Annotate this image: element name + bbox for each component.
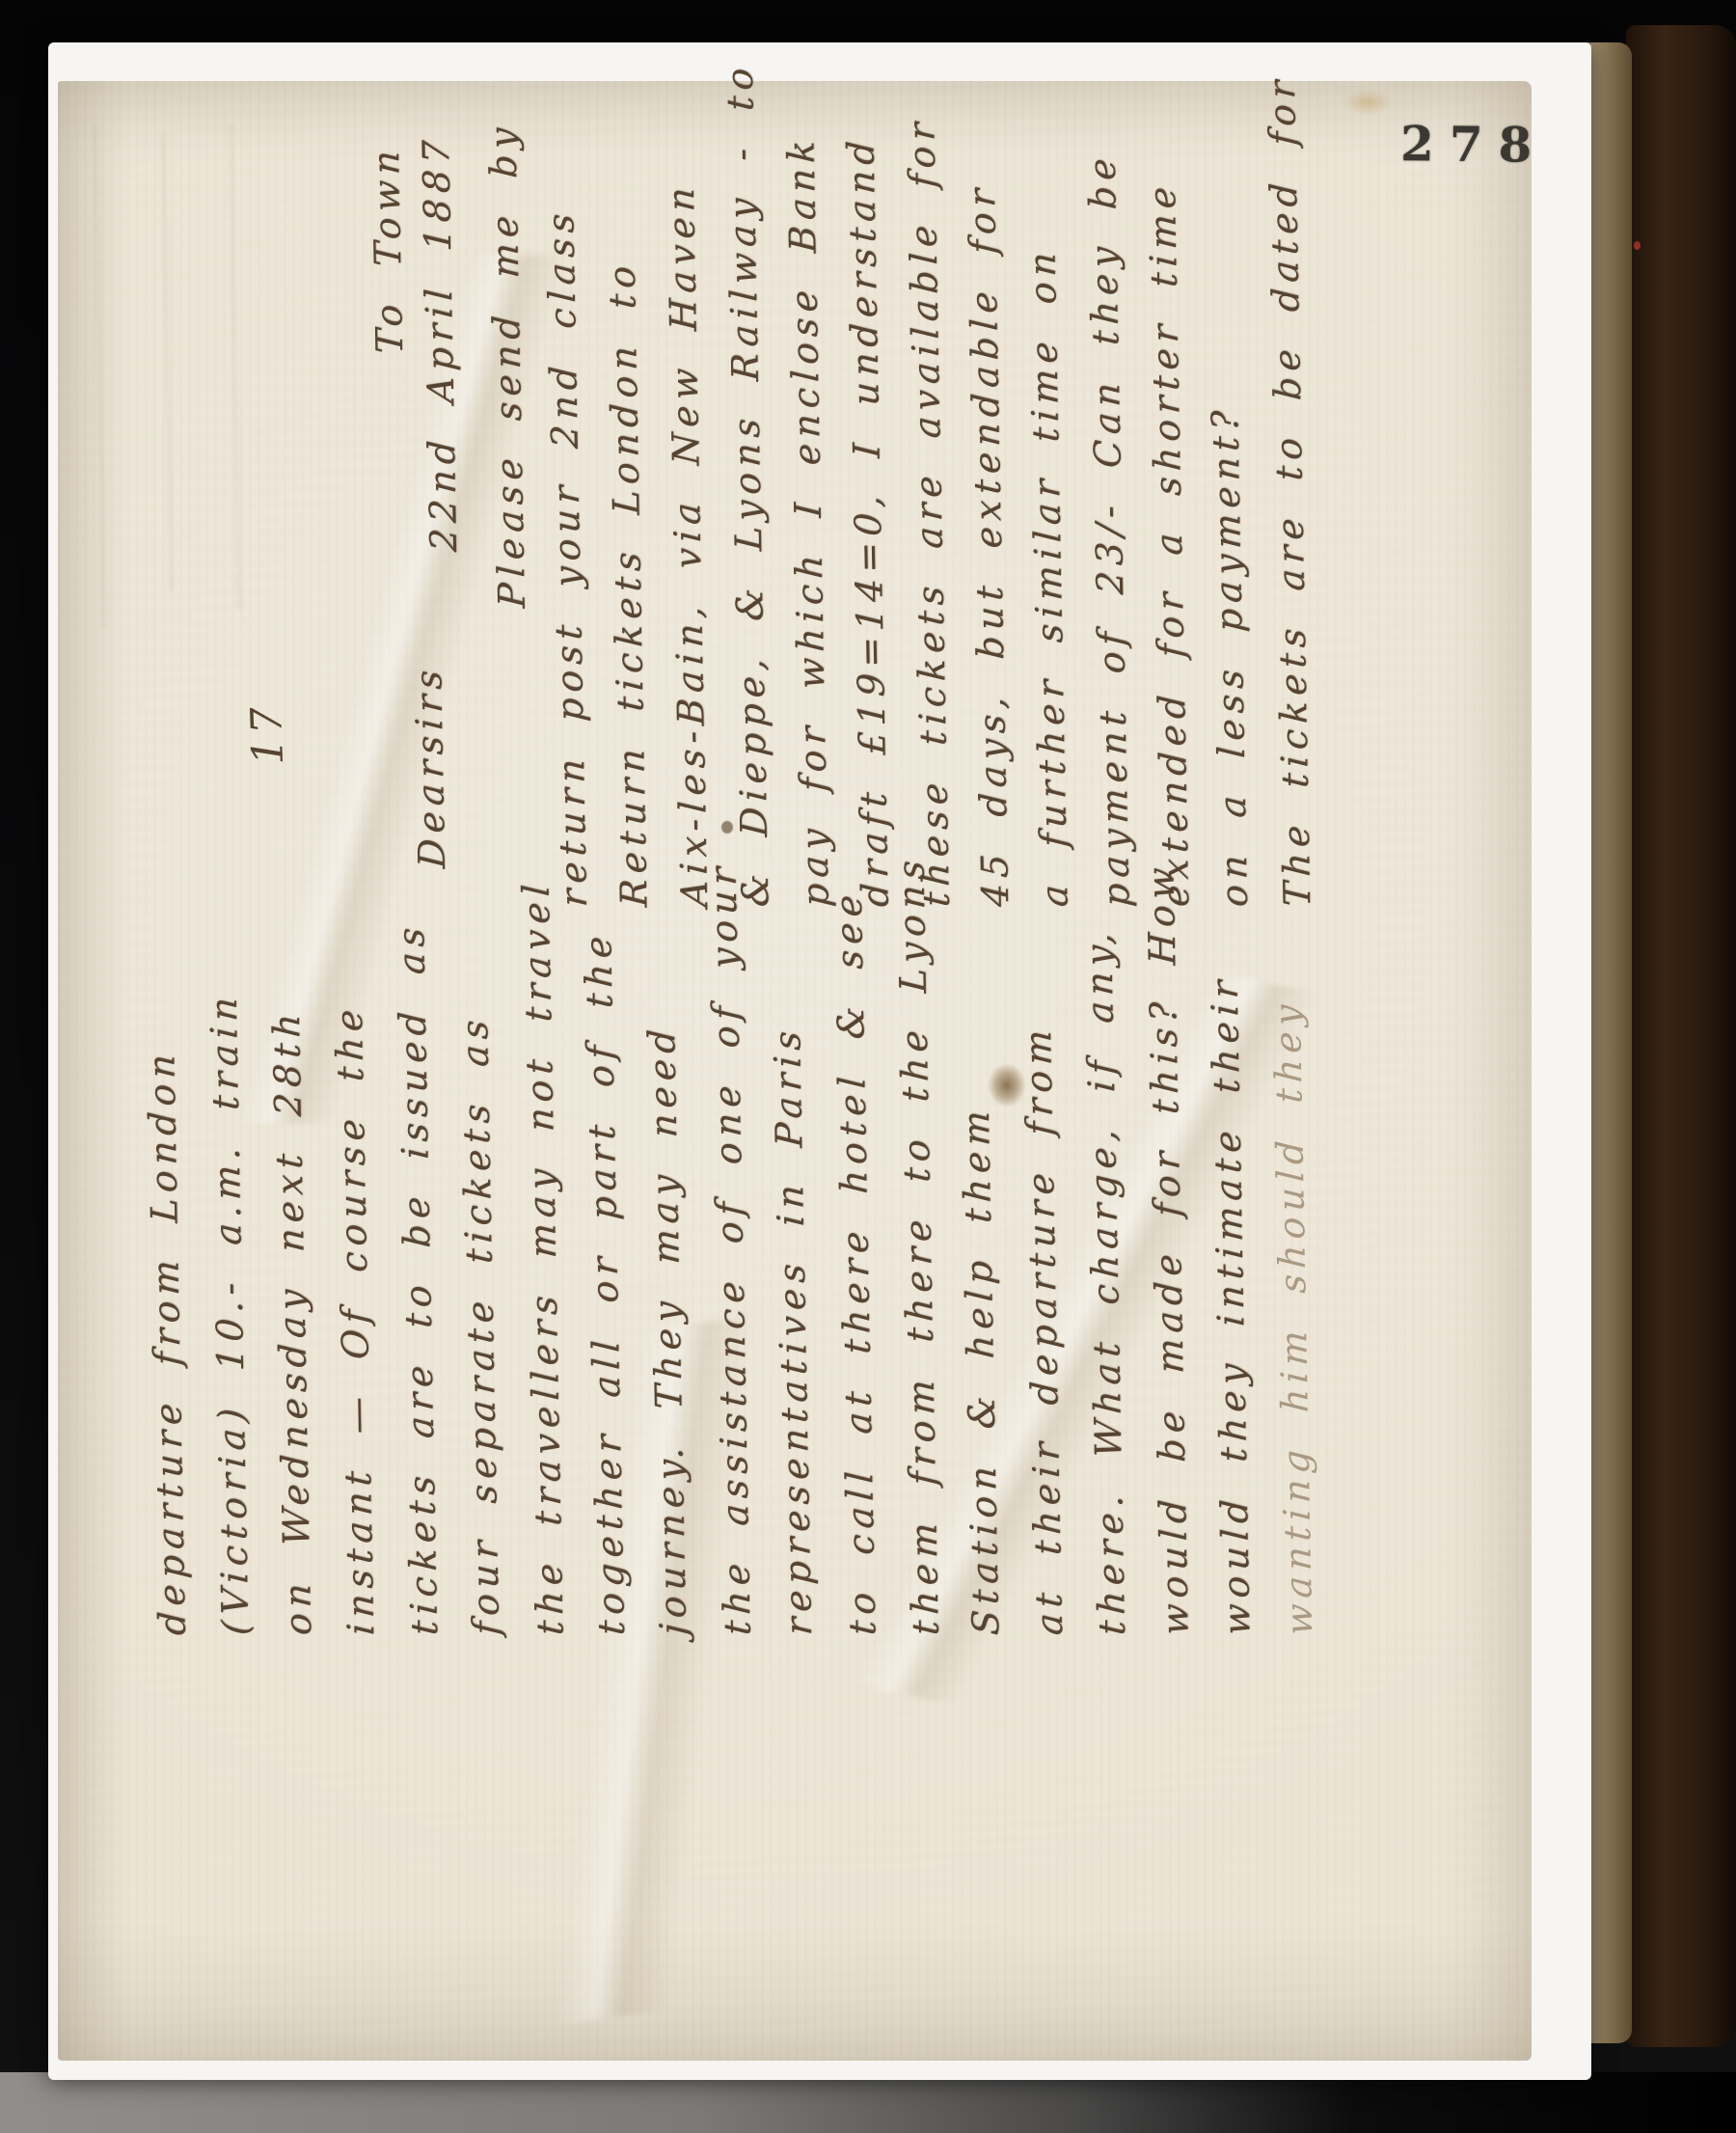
letter-line: journey. They may need — [640, 1023, 694, 1636]
manuscript-photo: 278 17 To Town 22nd April 1887 Dearsirs … — [0, 0, 1736, 2133]
letter-line: there. What charge, if any, — [1077, 926, 1133, 1636]
letter-line: a further similar time on — [1020, 246, 1075, 908]
letter-line: Return tickets London to — [601, 260, 656, 908]
letter-line: pay for which I enclose Bank — [779, 134, 836, 908]
letter-line: departure from London — [140, 1048, 194, 1636]
letter-line: & Dieppe, & Lyons Railway - to — [719, 62, 777, 908]
bleedthrough-ghost — [162, 135, 173, 588]
letter-line: payment of 23/- Can they be — [1080, 151, 1137, 908]
letter-line: representatives in Paris — [766, 1025, 820, 1636]
letter-line: (Victoria) 10.- a.m. train — [203, 991, 258, 1636]
table-surface — [0, 2072, 1736, 2133]
ink-blot — [988, 1063, 1026, 1108]
letter-line: to call at there hotel & see — [827, 889, 884, 1636]
bleedthrough-ghost — [230, 125, 241, 608]
book-cover-edge — [1626, 25, 1736, 2047]
heading-place: To Town — [365, 144, 411, 355]
letter-line: Aix-les-Bain, via New Haven — [660, 180, 716, 908]
letter-line: 45 days, but extendable for — [961, 182, 1017, 908]
letter-line: the assistance of one of your — [701, 861, 758, 1636]
letter-line: tickets are to be issued as — [390, 921, 446, 1636]
letter-line: Station & help them — [955, 1104, 1008, 1636]
letter-line: would be made for this? How — [1139, 861, 1196, 1636]
letter-line: them from there to the Lyons — [889, 854, 947, 1636]
letter-line: four separate tickets as — [453, 1013, 507, 1636]
salutation: Dearsirs — [407, 664, 453, 869]
letter-line: the travellers may not travel — [514, 878, 571, 1636]
letter-line: on Wednesday next 28th — [265, 1007, 320, 1636]
ink-spot — [721, 821, 733, 834]
letter-line: draft £19=14=0, I understand — [839, 134, 896, 908]
red-speck — [1634, 241, 1641, 250]
heading-date: 22nd April 1887 — [415, 134, 465, 553]
letter-reading-view: 17 To Town 22nd April 1887 Dearsirs Plea… — [60, 58, 1458, 2074]
bleedthrough-ghost — [94, 125, 105, 627]
letter-line: return post your 2nd class — [539, 207, 595, 908]
letter-line-faint: wanting him should they — [1266, 998, 1321, 1636]
letter-line: The tickets are to be dated for — [1261, 74, 1319, 908]
letter-line: extended for a shorter time — [1141, 180, 1197, 908]
letter-line: together all or part of the — [577, 930, 633, 1636]
letter-line: Please send me by — [481, 122, 533, 609]
rotated-writing-area: 17 To Town 22nd April 1887 Dearsirs Plea… — [60, 58, 1458, 2074]
letter-number: 17 — [242, 702, 293, 766]
letter-line: instant — Of course the — [328, 1003, 383, 1636]
letter-line: these tickets are available for — [900, 116, 958, 908]
letter-line: would they intimate their — [1203, 974, 1258, 1636]
letter-line: at their departure from — [1017, 1024, 1071, 1636]
letter-line: on a less payment? — [1204, 404, 1256, 908]
